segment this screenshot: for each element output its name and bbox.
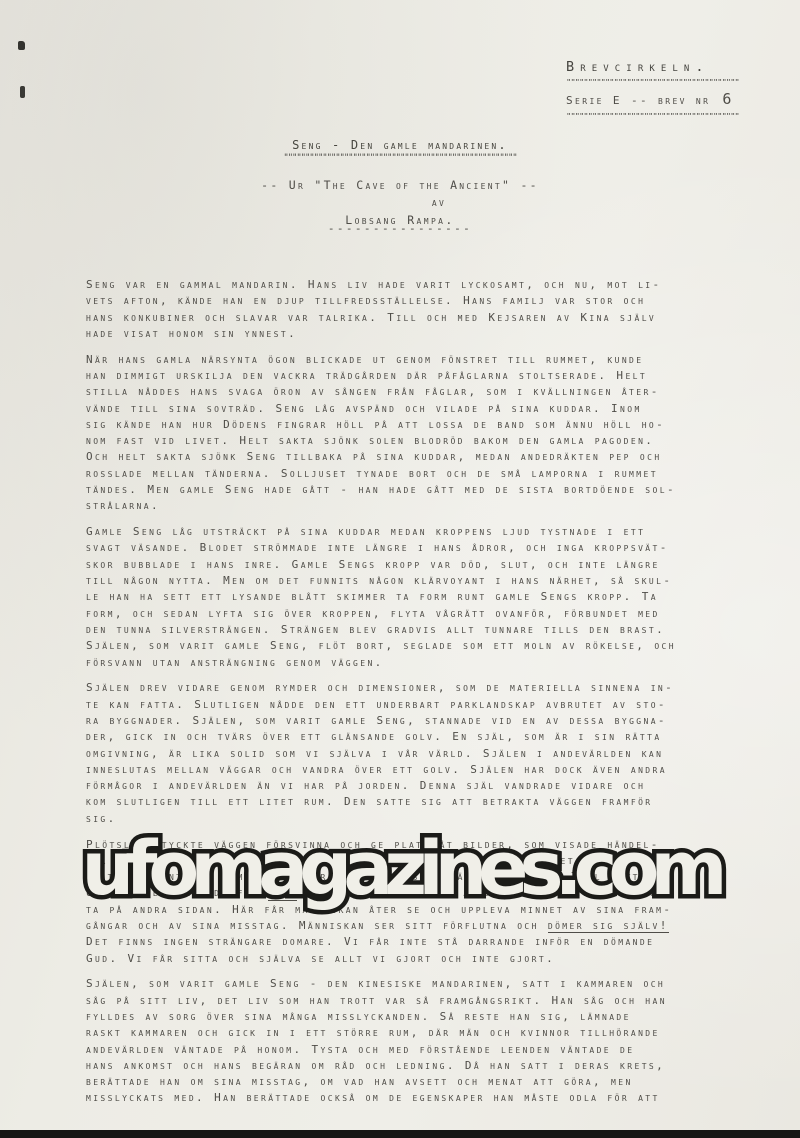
tick-underline: """""""""""""""""""""""""""""""""""""""" [566, 113, 744, 121]
scan-speck [18, 41, 25, 50]
newsletter-title: Brevcirkeln. [566, 60, 744, 74]
scan-speck [20, 86, 25, 98]
document-masthead: Seng - Den gamle mandarinen. """""""""""… [0, 138, 800, 232]
newsletter-header: Brevcirkeln. """""""""""""""""""""""""""… [566, 60, 744, 121]
paragraph: Gamle Seng låg utsträckt på sina kuddar … [86, 524, 746, 671]
paragraph: Själen drev vidare genom rymder och dime… [86, 680, 746, 827]
source-line: -- Ur "The Cave of the Ancient" -- [0, 178, 800, 192]
series-line: Serie E -- brev nr 6 [566, 90, 744, 108]
scan-edge-bar [0, 1130, 800, 1138]
paragraph: Plötsligt tyckte väggen försvinna och ge… [86, 837, 746, 967]
byline: av [0, 196, 800, 209]
tick-underline: """"""""""""""""""""""""""""""""""""""""… [0, 154, 800, 162]
issue-number: 6 [722, 90, 731, 108]
scanned-letter-page: Brevcirkeln. """""""""""""""""""""""""""… [0, 0, 800, 1138]
paragraph: Själen, som varit gamle Seng - den kines… [86, 976, 746, 1106]
series-label: Serie E -- brev nr [566, 95, 710, 107]
author-underline: ---------------- [0, 226, 800, 232]
body-text: Seng var en gammal mandarin. Hans liv ha… [86, 277, 746, 1116]
paragraph: Seng var en gammal mandarin. Hans liv ha… [86, 277, 746, 342]
tick-underline: """""""""""""""""""""""""""""""""""""""" [566, 79, 744, 87]
document-title: Seng - Den gamle mandarinen. [0, 138, 800, 152]
paragraph: När hans gamla närsynta ögon blickade ut… [86, 352, 746, 515]
